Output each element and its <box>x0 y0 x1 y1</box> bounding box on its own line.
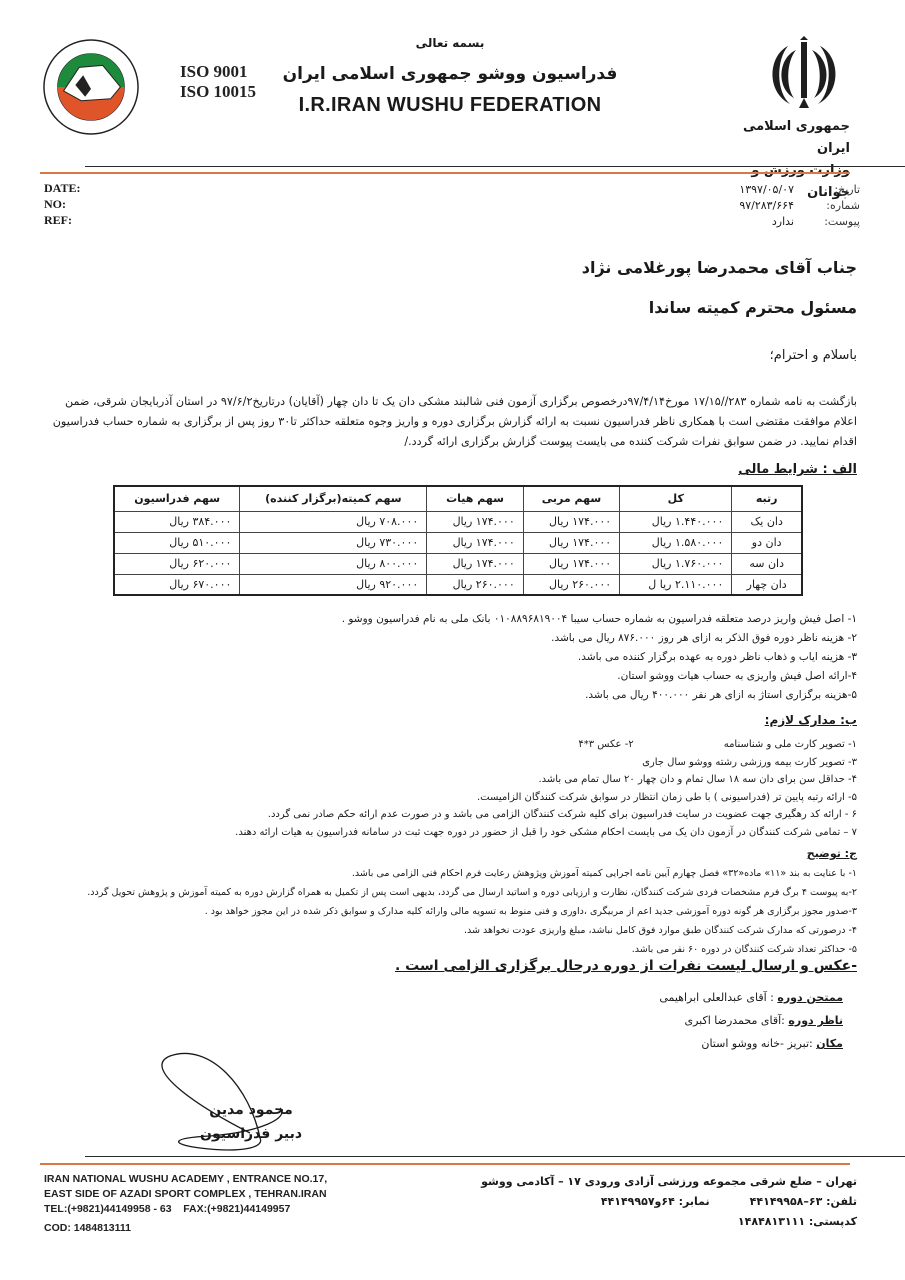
cell-rank: دان چهار <box>732 574 802 595</box>
footer-fax-fa: نمابر: ۶۴و۴۴۱۴۹۹۵۷ <box>601 1192 710 1212</box>
location-label: مکان <box>816 1037 843 1050</box>
meta-number-row: شماره: ۹۷/۲۸۳/۶۶۴ <box>700 198 860 214</box>
footer-line: EAST SIDE OF AZADI SPORT COMPLEX , TEHRA… <box>44 1187 327 1202</box>
list-item: ۶ - ارائه کد رهگیری جهت عضویت در سایت فد… <box>235 806 857 824</box>
date-label: DATE: <box>44 180 80 196</box>
date-value: ۱۳۹۷/۰۵/۰۷ <box>739 182 794 198</box>
list-item: ۱- اصل فیش واریز درصد متعلقه فدراسیون به… <box>342 610 857 629</box>
table-row: دان دو ۱.۵۸۰.۰۰۰ ریال ۱۷۴.۰۰۰ ریال ۱۷۴.۰… <box>114 532 802 553</box>
list-item: ۳- هزینه ایاب و ذهاب ناظر دوره به عهده ب… <box>342 648 857 667</box>
list-item: ۵-هزینه برگزاری استاژ به ازای هر نفر ۴۰۰… <box>342 686 857 705</box>
list-item: ۲- عکس ۳*۴ <box>578 736 633 754</box>
meta-attachment-row: پیوست: ندارد <box>700 214 860 230</box>
greeting: باسلام و احترام؛ <box>770 348 857 363</box>
wushu-federation-logo <box>42 38 140 136</box>
table-row: دان یک ۱.۴۴۰.۰۰۰ ریال ۱۷۴.۰۰۰ ریال ۱۷۴.۰… <box>114 511 802 532</box>
cell-rank: دان یک <box>732 511 802 532</box>
list-item: ۲-به پیوست ۴ برگ فرم مشخصات فردی شرکت کن… <box>87 883 857 902</box>
table-row: دان چهار ۲.۱۱۰.۰۰۰ ریا ل ۲۶۰.۰۰۰ ریال ۲۶… <box>114 574 802 595</box>
col-rank: رتبه <box>732 486 802 511</box>
number-label: NO: <box>44 196 80 212</box>
table-header-row: رتبه کل سهم مربی سهم هیات سهم کمیته(برگز… <box>114 486 802 511</box>
cell-total: ۱.۴۴۰.۰۰۰ ریال <box>620 511 732 532</box>
list-item: ۲- هزینه ناظر دوره فوق الذکر به ازای هر … <box>342 629 857 648</box>
footer-address-line: تهران – ضلع شرقی مجموعه ورزشی آزادی ورود… <box>481 1172 857 1192</box>
examiner-label: ممتحن دوره <box>777 991 843 1004</box>
footer-divider-dark <box>85 1156 905 1157</box>
examiner-value: : آقای عبدالعلی ابراهیمی <box>659 991 777 1004</box>
section-c-list: ۱- با عنایت به بند «۱۱» ماده«۳۲» فصل چها… <box>87 864 857 959</box>
footer-address-fa: تهران – ضلع شرقی مجموعه ورزشی آزادی ورود… <box>481 1172 857 1232</box>
cell-coach: ۱۷۴.۰۰۰ ریال <box>523 532 619 553</box>
list-item: ۴-ارائه اصل فیش واریزی به حساب هیات ووشو… <box>342 667 857 686</box>
signatory-name: محمود مدین <box>200 1098 302 1122</box>
ref-label: REF: <box>44 212 80 228</box>
number-label-fa: شماره: <box>812 198 860 214</box>
cell-total: ۱.۵۸۰.۰۰۰ ریال <box>620 532 732 553</box>
iso-10015: ISO 10015 <box>180 82 256 102</box>
footer-contact-row: تلفن: ۶۳–۴۴۱۴۹۹۵۸ نمابر: ۶۴و۴۴۱۴۹۹۵۷ <box>481 1192 857 1212</box>
cell-committee: ۸۰۰.۰۰۰ ریال <box>240 553 427 574</box>
cell-coach: ۱۷۴.۰۰۰ ریال <box>523 553 619 574</box>
cell-federation: ۶۷۰.۰۰۰ ریال <box>114 574 240 595</box>
location-value: :تبریز -خانه ووشو استان <box>701 1037 816 1050</box>
meta-labels-en: DATE: NO: REF: <box>44 180 80 228</box>
cell-board: ۱۷۴.۰۰۰ ریال <box>427 511 523 532</box>
meta-fa: تاریخ: ۱۳۹۷/۰۵/۰۷ شماره: ۹۷/۲۸۳/۶۶۴ پیوس… <box>700 182 860 230</box>
list-item: ۱- با عنایت به بند «۱۱» ماده«۳۲» فصل چها… <box>87 864 857 883</box>
section-b-title: ب: مدارک لازم: <box>765 713 857 727</box>
cell-board: ۱۷۴.۰۰۰ ریال <box>427 553 523 574</box>
footer-address-en: IRAN NATIONAL WUSHU ACADEMY , ENTRANCE N… <box>44 1172 327 1236</box>
cell-federation: ۳۸۴.۰۰۰ ریال <box>114 511 240 532</box>
footer-tel-fa: تلفن: ۶۳–۴۴۱۴۹۹۵۸ <box>750 1192 857 1212</box>
attachment-value: ندارد <box>772 214 794 230</box>
financial-table: رتبه کل سهم مربی سهم هیات سهم کمیته(برگز… <box>113 485 803 596</box>
cell-board: ۲۶۰.۰۰۰ ریال <box>427 574 523 595</box>
cell-federation: ۵۱۰.۰۰۰ ریال <box>114 532 240 553</box>
staff-list: ممتحن دوره : آقای عبدالعلی ابراهیمی ناظر… <box>659 986 843 1055</box>
list-item: ۳- تصویر کارت بیمه ورزشی رشته ووشو سال ج… <box>235 754 857 772</box>
federation-name-en: I.R.IRAN WUSHU FEDERATION <box>270 94 630 117</box>
col-board-share: سهم هیات <box>427 486 523 511</box>
signatory-title: دبیر فدراسیون <box>200 1122 302 1146</box>
list-item-pair: ۱- تصویر کارت ملی و شناسنامه ۲- عکس ۳*۴ <box>235 736 857 754</box>
government-name: جمهوری اسلامی ایران <box>720 116 850 160</box>
cell-committee: ۷۳۰.۰۰۰ ریال <box>240 532 427 553</box>
list-item: ۵- ارائه رتبه پایین تر (فدراسیونی ) با ط… <box>235 789 857 807</box>
supervisor-value: :آقای محمدرضا اکبری <box>684 1014 788 1027</box>
cell-committee: ۷۰۸.۰۰۰ ریال <box>240 511 427 532</box>
date-label-fa: تاریخ: <box>812 182 860 198</box>
meta-date-row: تاریخ: ۱۳۹۷/۰۵/۰۷ <box>700 182 860 198</box>
cell-rank: دان دو <box>732 532 802 553</box>
list-item: ۳-صدور مجوز برگزاری هر گونه دوره آموزشی … <box>87 902 857 921</box>
federation-name-fa: فدراسیون ووشو جمهوری اسلامی ایران <box>270 64 630 84</box>
section-a-list: ۱- اصل فیش واریز درصد متعلقه فدراسیون به… <box>342 610 857 705</box>
cell-coach: ۲۶۰.۰۰۰ ریال <box>523 574 619 595</box>
header-divider-orange <box>40 172 850 174</box>
section-c-title: ج: توضیح <box>807 847 857 860</box>
iso-certifications: ISO 9001 ISO 10015 <box>180 62 256 102</box>
location-row: مکان :تبریز -خانه ووشو استان <box>659 1032 843 1055</box>
examiner-row: ممتحن دوره : آقای عبدالعلی ابراهیمی <box>659 986 843 1009</box>
photo-notice: -عکس و ارسال لیست نفرات از دوره درحال بر… <box>395 958 857 974</box>
col-total: کل <box>620 486 732 511</box>
list-item: ۴- درصورتی که مدارک شرکت کنندگان طبق موا… <box>87 921 857 940</box>
col-coach-share: سهم مربی <box>523 486 619 511</box>
col-committee-share: سهم کمیته(برگزار کننده) <box>240 486 427 511</box>
section-a-title: الف : شرایط مالی <box>738 462 857 477</box>
list-item: ۴- حداقل سن برای دان سه ۱۸ سال تمام و دا… <box>235 771 857 789</box>
cell-federation: ۶۲۰.۰۰۰ ریال <box>114 553 240 574</box>
footer-divider-orange <box>40 1163 850 1165</box>
table-row: دان سه ۱.۷۶۰.۰۰۰ ریال ۱۷۴.۰۰۰ ریال ۱۷۴.۰… <box>114 553 802 574</box>
cell-total: ۱.۷۶۰.۰۰۰ ریال <box>620 553 732 574</box>
addressee-name: جناب آقای محمدرضا پورغلامی نژاد <box>582 258 857 277</box>
bismillah: بسمه تعالی <box>330 36 570 50</box>
addressee-title: مسئول محترم کمیته ساندا <box>649 298 857 317</box>
number-value: ۹۷/۲۸۳/۶۶۴ <box>739 198 794 214</box>
cell-committee: ۹۲۰.۰۰۰ ریال <box>240 574 427 595</box>
list-item: ۵- حداکثر تعداد شرکت کنندگان در دوره ۶۰ … <box>87 940 857 959</box>
list-item: ۱- تصویر کارت ملی و شناسنامه <box>724 736 857 754</box>
col-federation-share: سهم فدراسیون <box>114 486 240 511</box>
section-b-list: ۱- تصویر کارت ملی و شناسنامه ۲- عکس ۳*۴ … <box>235 736 857 841</box>
supervisor-label: ناظر دوره <box>788 1014 843 1027</box>
cell-total: ۲.۱۱۰.۰۰۰ ریا ل <box>620 574 732 595</box>
footer-line: IRAN NATIONAL WUSHU ACADEMY , ENTRANCE N… <box>44 1172 327 1187</box>
cell-rank: دان سه <box>732 553 802 574</box>
footer-postal-fa: کدپستی: ۱۴۸۴۸۱۳۱۱۱ <box>481 1212 857 1232</box>
supervisor-row: ناظر دوره :آقای محمدرضا اکبری <box>659 1009 843 1032</box>
list-item: ۷ – تمامی شرکت کنندگان در آزمون دان یک م… <box>235 824 857 842</box>
attachment-label-fa: پیوست: <box>812 214 860 230</box>
signatory: محمود مدین دبیر فدراسیون <box>200 1098 302 1146</box>
iso-9001: ISO 9001 <box>180 62 256 82</box>
iran-emblem-icon <box>764 32 844 114</box>
header-divider-dark <box>85 166 905 167</box>
footer-phone: TEL:(+9821)44149958 - 63 FAX:(+9821)4414… <box>44 1202 327 1217</box>
footer-postal-code: COD: 1484813111 <box>44 1221 327 1236</box>
cell-coach: ۱۷۴.۰۰۰ ریال <box>523 511 619 532</box>
cell-board: ۱۷۴.۰۰۰ ریال <box>427 532 523 553</box>
letter-body: بازگشت به نامه شماره ۲۸۳//۱۷/۱۵ مورخ۹۷/۴… <box>42 392 857 452</box>
